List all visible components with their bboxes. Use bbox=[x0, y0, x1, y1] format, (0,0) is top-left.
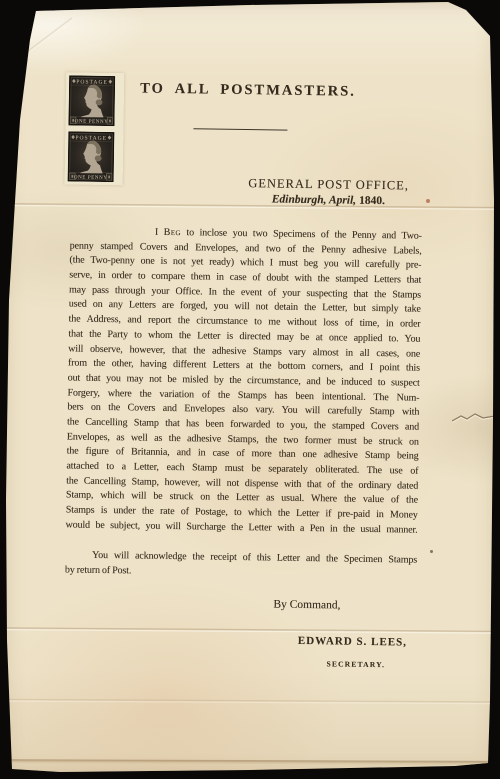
letter-paper: POSTAGE ONE PENNY bbox=[0, 0, 500, 779]
page-title: TO ALL POSTMASTERS. bbox=[72, 79, 424, 101]
dateline-place: Edinburgh, April, bbox=[272, 193, 356, 206]
penny-black-stamp-2: POSTAGE ONE PENNY bbox=[68, 131, 115, 182]
title-rule bbox=[193, 128, 287, 130]
letter-content: POSTAGE ONE PENNY bbox=[0, 0, 500, 779]
dateline-year: 1840. bbox=[359, 194, 385, 206]
value-label: ONE PENNY bbox=[75, 118, 109, 125]
closing-paragraph: You will acknowledge the receipt of this… bbox=[65, 548, 417, 583]
postage-label: POSTAGE bbox=[75, 135, 107, 141]
signatory-name: EDWARD S. LEES, bbox=[298, 635, 407, 649]
by-command: By Command, bbox=[273, 598, 340, 611]
value-label: ONE PENNY bbox=[74, 174, 108, 181]
letter-body: I Beg to inclose you two Specimens of th… bbox=[65, 224, 422, 538]
photo-background: POSTAGE ONE PENNY bbox=[0, 0, 500, 779]
signatory-title: SECRETARY. bbox=[326, 659, 385, 669]
dateline: Edinburgh, April,1840. bbox=[178, 191, 478, 211]
office-dateline: GENERAL POST OFFICE, Edinburgh, April,18… bbox=[178, 175, 478, 210]
